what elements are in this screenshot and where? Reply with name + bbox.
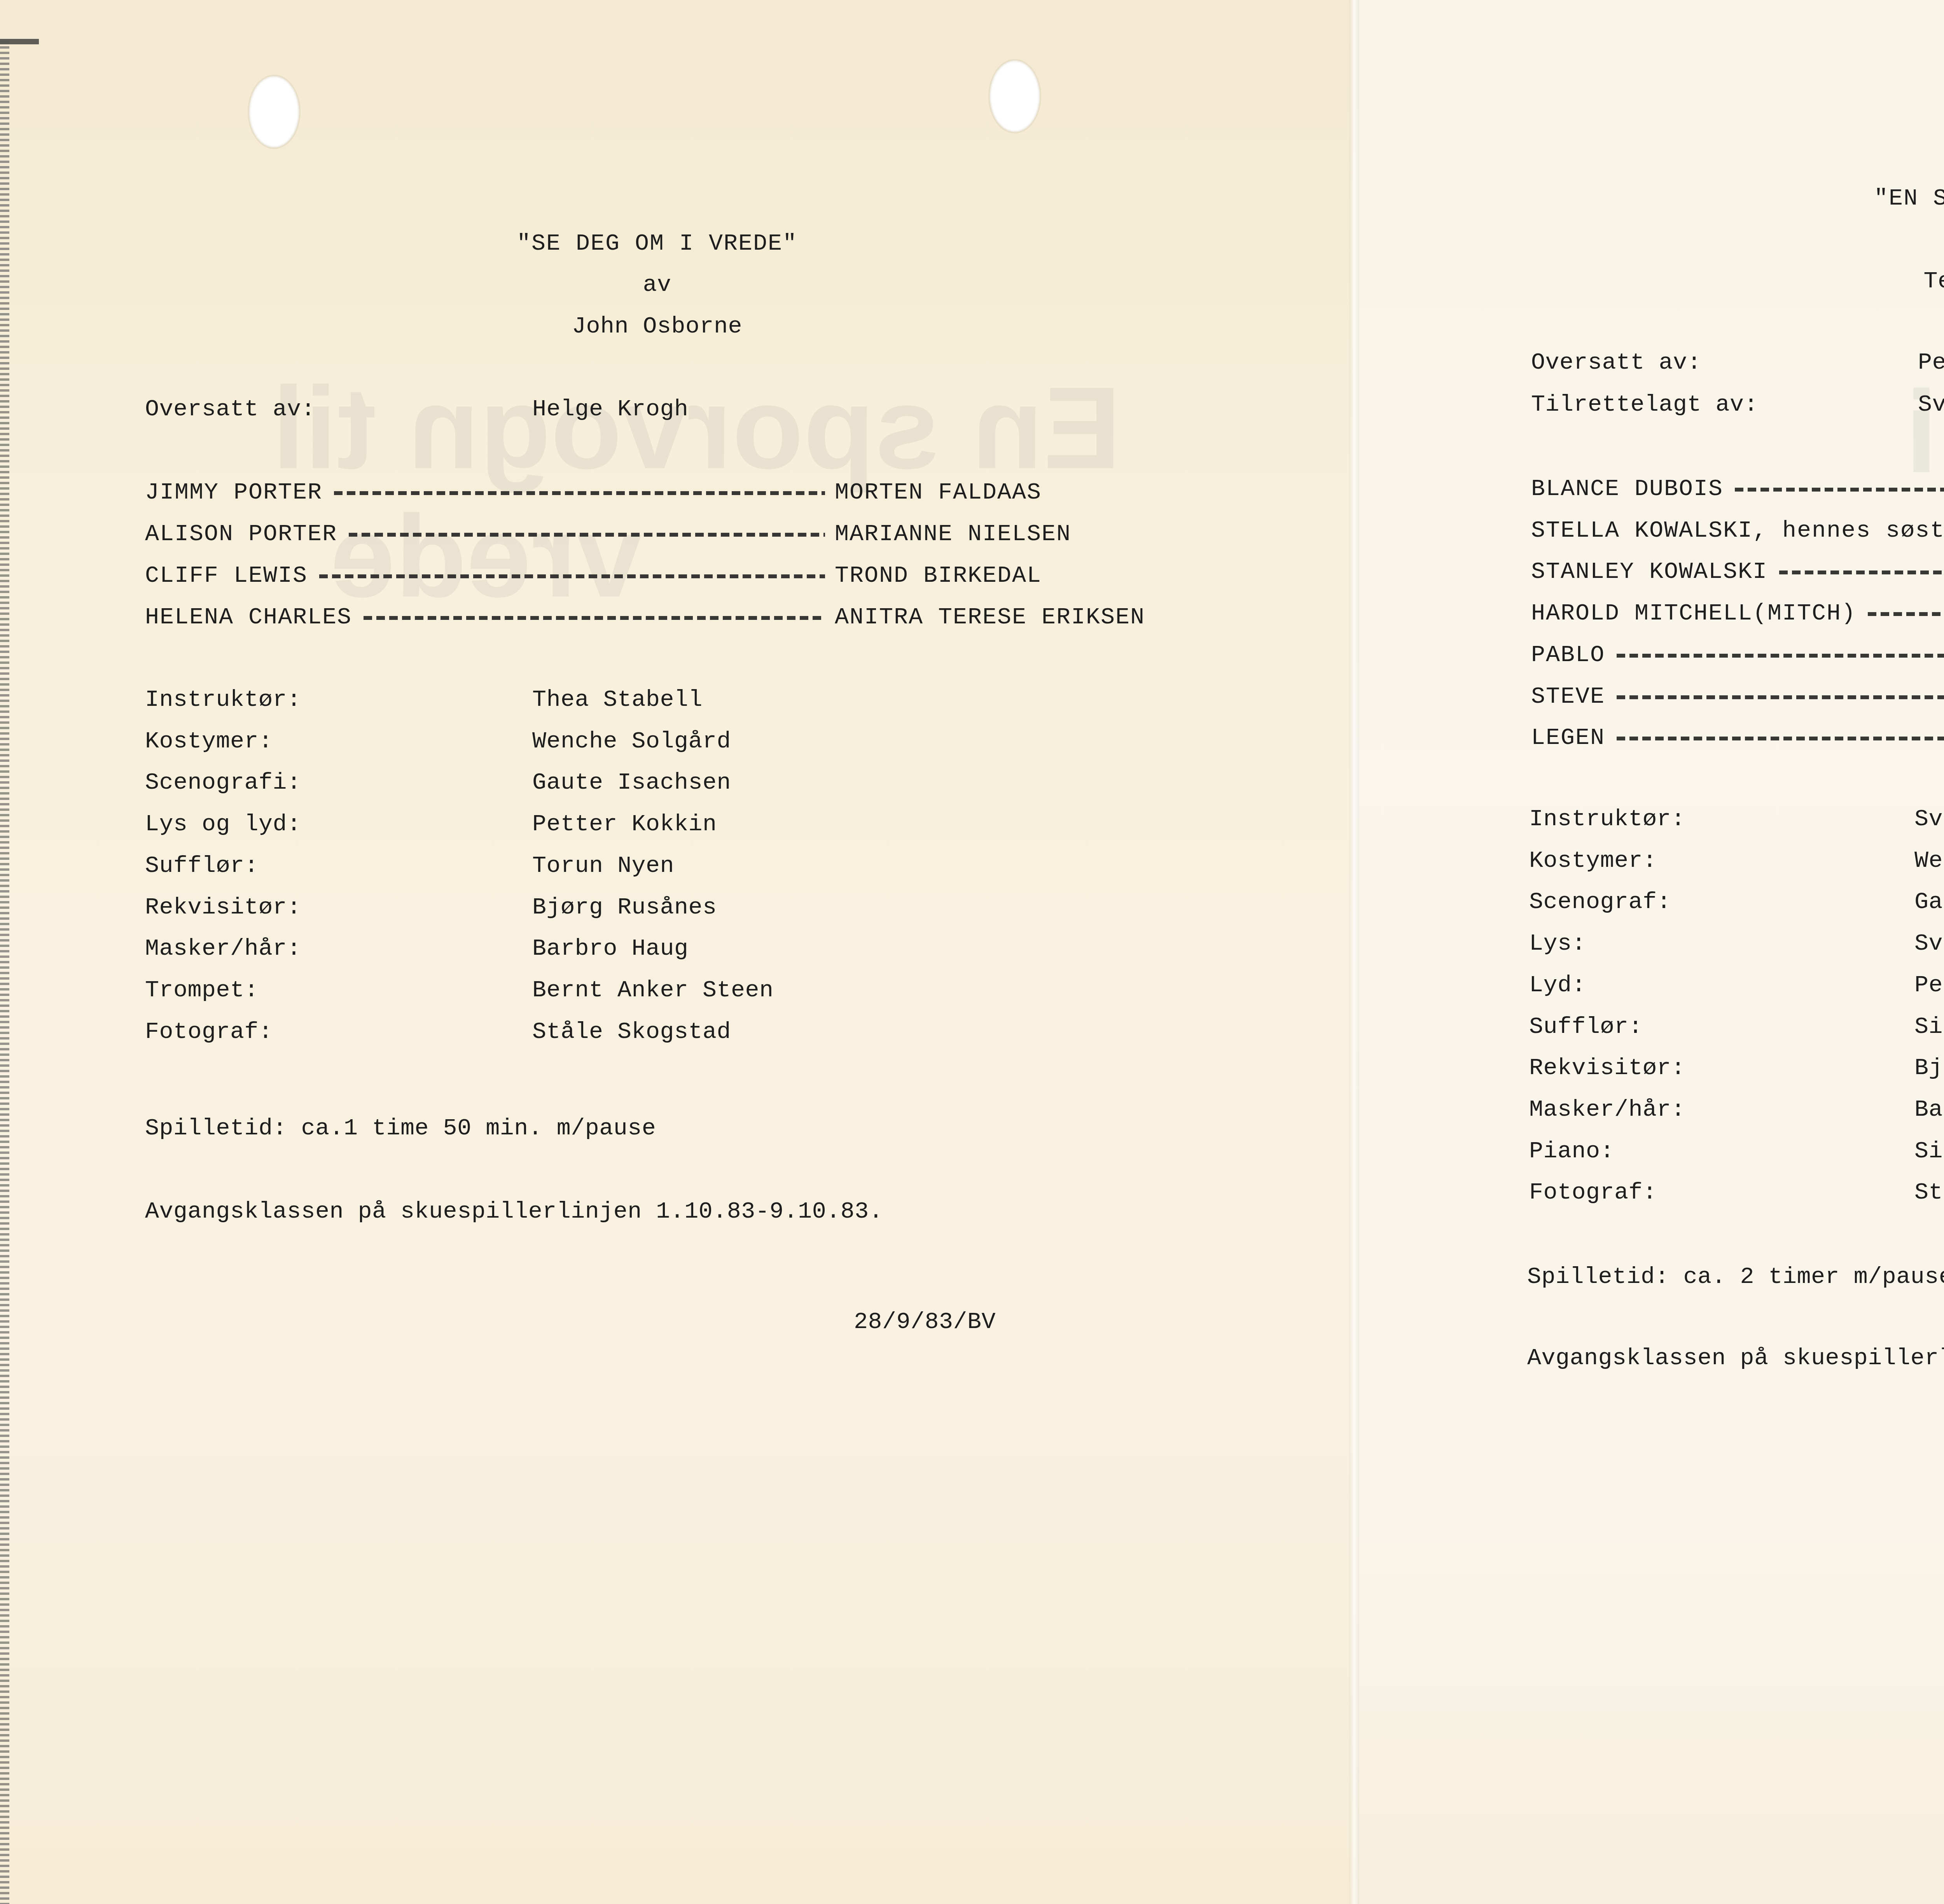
play-title: "SE DEG OM I VREDE" [517,232,797,255]
crew-label: Kostymer: [1529,849,1657,873]
crew-value: Pelle Gustavsen [1914,974,1944,997]
crew-label: Instruktør: [1529,808,1685,831]
crew-value: Bernt Anker Steen [532,979,774,1002]
crew-value: Svein Scharffenberg [1914,808,1944,831]
cast-actor: MORTEN FALDAAS [835,481,1042,504]
crew-label: Rekvisitør: [145,896,301,919]
crew-label: Sufflør: [1529,1015,1643,1039]
cast-role: STANLEY KOWALSKI [1531,560,1767,584]
cast-actor: TROND BIRKEDAL [835,564,1042,588]
cast-role: STEVE [1531,685,1605,709]
edge-mark-left [0,41,9,1904]
punch-hole-icon [249,76,299,148]
cast-role: HELENA CHARLES [145,606,352,629]
cast-role: JIMMY PORTER [145,481,322,504]
crew-label: Masker/hår: [1529,1098,1685,1122]
crew-value: Ståle Skogstad [1914,1181,1944,1204]
performance-note: Avgangsklassen på skuespillerlinjen 30.9… [1527,1347,1944,1370]
crew-label: Lyd: [1529,974,1586,997]
crew-value: Wenche Solgård [532,730,731,753]
crew-value: Svein Meling [1914,932,1944,955]
crew-label: Sufflør: [145,854,259,878]
performance-note: Avgangsklassen på skuespillerlinjen 1.10… [145,1200,883,1223]
credit-label: Oversatt av: [1531,351,1701,374]
crew-label: Lys og lyd: [145,813,301,836]
crew-label: Kostymer: [145,730,273,753]
crew-value: Barbro Haug [532,937,689,961]
play-author: John Osborne [572,315,742,338]
running-time: Spilletid: ca. 2 timer m/pause. [1527,1265,1944,1289]
dashed-leader [349,533,825,537]
crew-label: Masker/hår: [145,937,301,961]
credit-value: Sverre Udnæs [1918,393,1944,416]
center-fold [1349,0,1359,1904]
dashed-leader [334,491,825,495]
dashed-leader [1868,612,1944,616]
crew-value: Petter Kokkin [532,813,717,836]
dashed-leader [364,616,825,620]
play-author: Tennessee Williams [1923,270,1944,293]
crew-value: Wenche Solgård Andresen [1914,849,1944,873]
play-title: "EN SPORVOGN TIL BEGJÆR" [1874,187,1944,210]
crew-value: Sissel Kleven Stensrud [1914,1015,1944,1039]
credit-label: Tilrettelagt av: [1531,393,1758,416]
translator-label: Oversatt av: [145,398,315,421]
crew-label: Lys: [1529,932,1586,955]
crew-value: Bjørg Rusånes [1914,1057,1944,1080]
dashed-leader [1617,654,1944,658]
crew-value: Torun Nyen [532,854,674,878]
crew-value: Sigurd Haugen [1914,1140,1944,1163]
crew-label: Fotograf: [145,1020,273,1044]
dashed-leader [319,574,825,578]
crew-value: Thea Stabell [532,688,703,712]
by-label: av [643,273,671,297]
translator-value: Helge Krogh [532,398,689,421]
cast-role: BLANCE DUBOIS [1531,478,1723,501]
crew-label: Trompet: [145,979,259,1002]
crew-label: Rekvisitør: [1529,1057,1685,1080]
crew-value: Ståle Skogstad [532,1020,731,1044]
crew-value: Bjørg Rusånes [532,896,717,919]
right-page [1353,0,1944,1904]
dashed-leader [1617,695,1944,699]
crew-value: Gaute Isachsen [1914,891,1944,914]
dashed-leader [1735,488,1944,492]
crew-label: Instruktør: [145,688,301,712]
cast-actor: ANITRA TERESE ERIKSEN [835,606,1145,629]
dashed-leader [1779,570,1944,574]
cast-role: CLIFF LEWIS [145,564,308,588]
punch-hole-icon [989,60,1040,132]
cast-role: STELLA KOWALSKI, hennes søster [1531,519,1944,542]
crew-label: Fotograf: [1529,1181,1657,1204]
bleed-through-text: Se deg om i [1905,373,1944,490]
date-stamp: 28/9/83/BV [854,1311,996,1334]
bleed-through-text: En sporvogn til [272,369,1121,486]
bleed-through-text: vrede [330,498,642,614]
cast-role: ALISON PORTER [145,523,337,546]
cast-role: PABLO [1531,644,1605,667]
dashed-leader [1617,737,1944,740]
cast-role: LEGEN [1531,726,1605,750]
cast-role: HAROLD MITCHELL(MITCH) [1531,602,1856,625]
crew-value: Barbro Haug [1914,1098,1944,1122]
crew-value: Gaute Isachsen [532,771,731,794]
credit-value: Peter Magnus [1918,351,1944,374]
crew-label: Scenografi: [145,771,301,794]
running-time: Spilletid: ca.1 time 50 min. m/pause [145,1117,656,1140]
crew-label: Piano: [1529,1140,1614,1163]
crew-label: Scenograf: [1529,891,1671,914]
cast-actor: MARIANNE NIELSEN [835,523,1071,546]
